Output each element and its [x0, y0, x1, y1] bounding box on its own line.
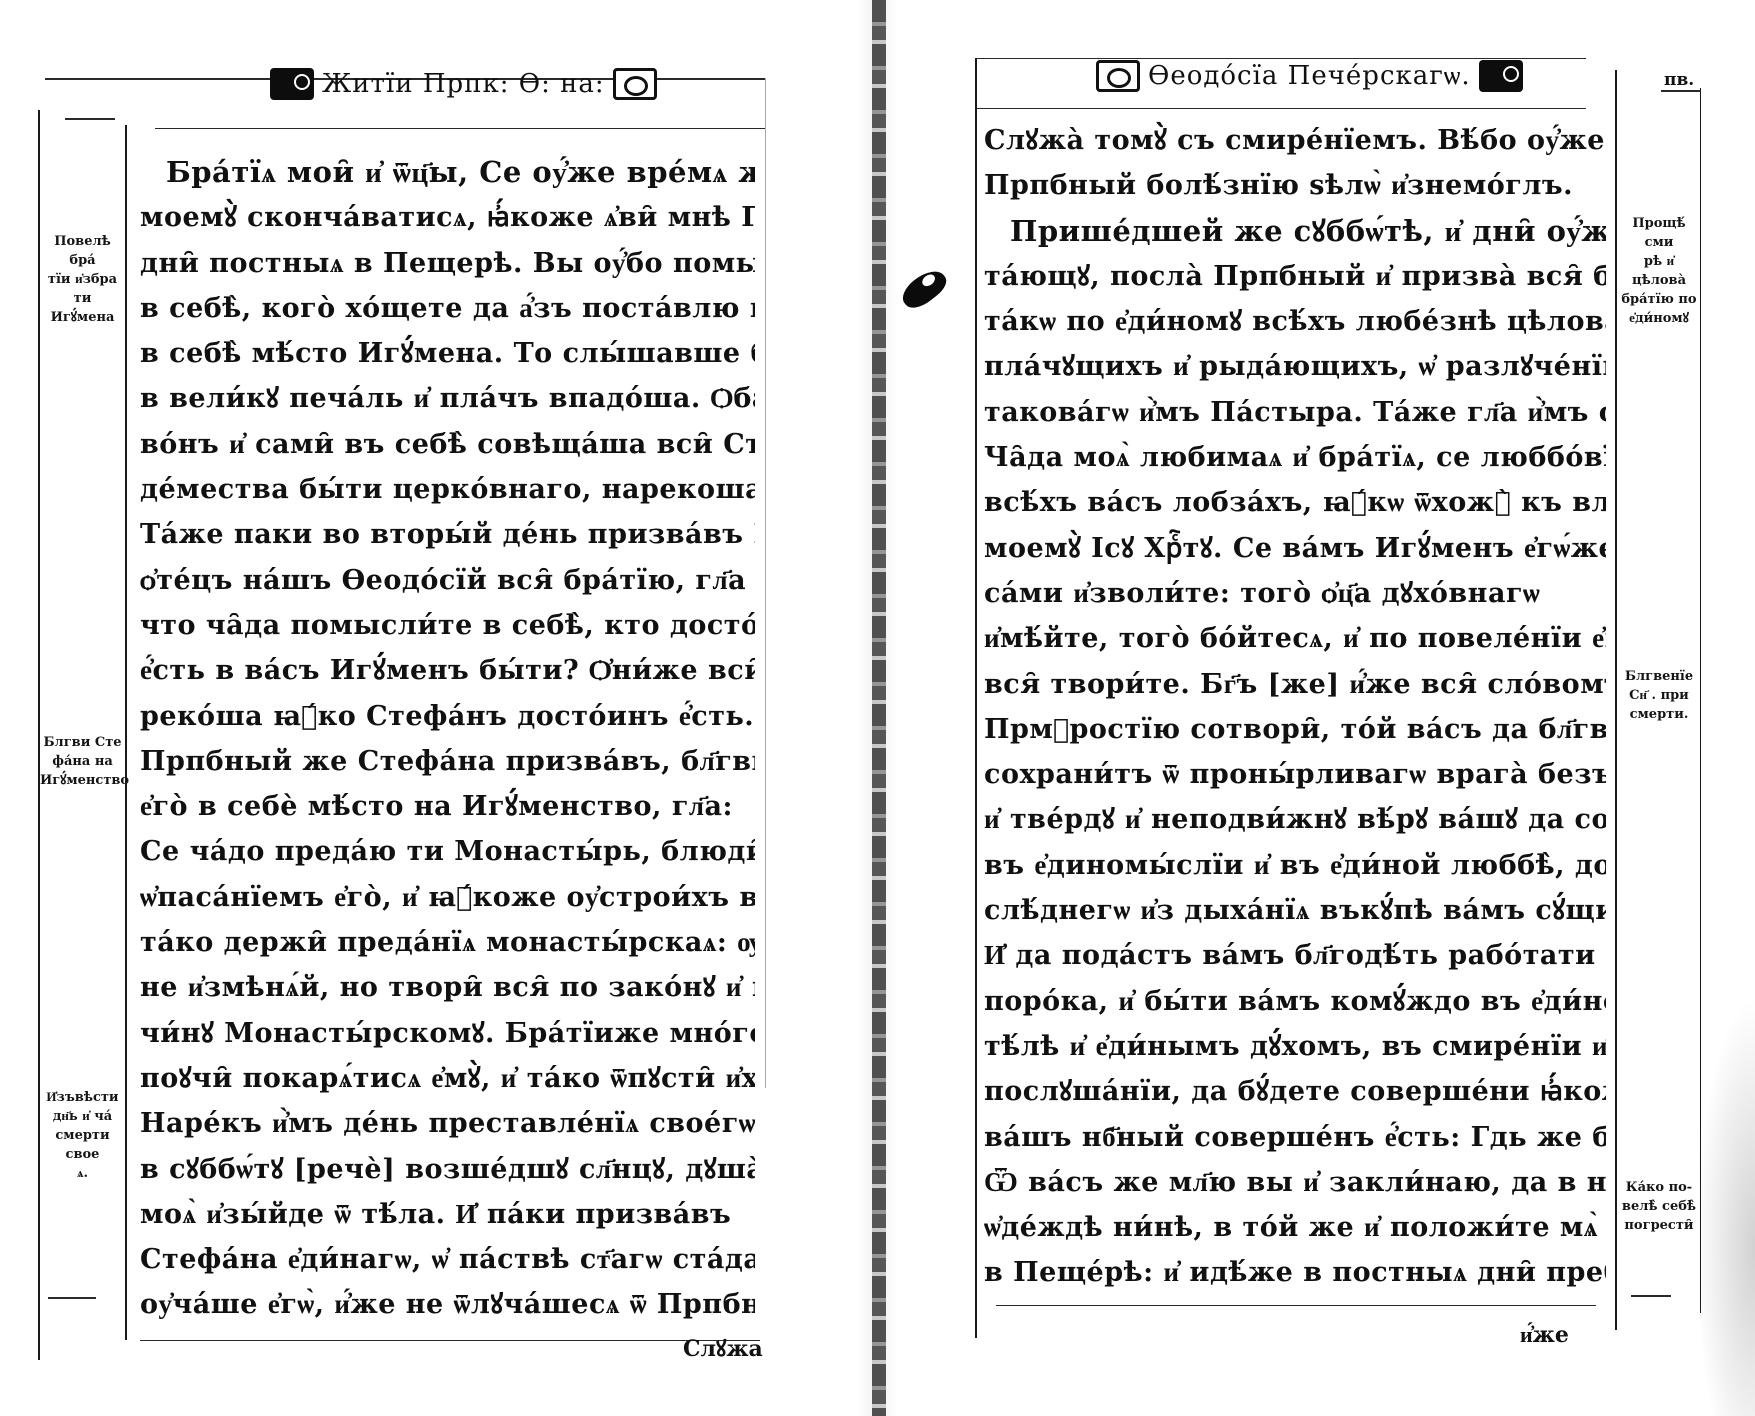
text-line: моемꙋ̀ сконча́ватисѧ, ꙗ҆́коже ѧ҆ви̑ мнѣ … — [140, 195, 755, 240]
text-line: Стефа́на е҆ди́нагѡ, ѡ҆ па́ствѣ ст҃агѡ ст… — [140, 1237, 755, 1282]
text-line: Наре́къ и҆̀мъ де́нь преставле́нїѧ свое́г… — [140, 1101, 755, 1146]
ornament-headpiece-icon — [270, 68, 314, 100]
right-margin-bottom-dash — [1631, 1295, 1671, 1297]
right-inner-border — [975, 58, 977, 1338]
running-header: Житїи Прпк: Ѳ: на: — [270, 68, 657, 100]
left-margin-bottom-dash — [48, 1297, 96, 1299]
right-header-underline — [976, 108, 1586, 109]
text-line: Прмⷣростїю сотвори̑, то́й ва́съ да бл҃гв… — [984, 707, 1606, 752]
running-header-title: Ѳеодо́сїа Пече́рскагѡ. — [1148, 61, 1471, 91]
ornament-tailpiece-icon — [1479, 60, 1523, 92]
text-line: такова́гѡ и҆̀мъ Па́стыра. Та́же гл҃а и҆̀… — [984, 390, 1606, 435]
text-line: Прпбный болѣ́знїю ѕѣлѡ̀ и҆знемо́глъ. — [984, 163, 1606, 208]
text-line: слѣ́днегѡ и҆з дыха́нїѧ въкꙋ́пѣ ва́мъ сꙋ́… — [984, 888, 1606, 933]
text-line: не и҆змѣнѧ́й, но твори̑ вся̑ по зако́нꙋ … — [140, 965, 755, 1010]
text-line: тѣ́лѣ и҆ е҆ди́нымъ дꙋ́хомъ, въ смире́нїи… — [984, 1024, 1606, 1069]
text-line: та́ющꙋ, посла̀ Прпбный и҆ призва̀ вся̑ б… — [984, 254, 1606, 299]
text-line: Ча̑да моѧ̀ любимаѧ и҆ бра́тїѧ, се люббо́… — [984, 435, 1606, 480]
margin-note: Повелѣ бра́ тїи и҆збра ти Игꙋ́мена — [40, 232, 125, 327]
text-line: поро́ка, и҆ бы́ти ва́мъ комꙋ́ждо въ е҆ди… — [984, 979, 1606, 1024]
running-header-title: Житїи Прпк: Ѳ: на: — [322, 69, 605, 99]
scan-edge-shadow — [1695, 996, 1755, 1416]
folio-number: пв. — [1664, 70, 1694, 90]
text-line: са́ми и҆зволи́те: того̀ ѻ҆ц҃а дꙋхо́внагѡ — [984, 571, 1606, 616]
text-line: в себѣ̀, кого̀ хо́щете да а҆́зъ поста́вл… — [140, 286, 755, 331]
text-line: что ча̑да помысли́те в себѣ̀, кто досто́… — [140, 603, 755, 648]
text-line: Та́же паки во вторы́й де́нь призва́въ Пр… — [140, 512, 755, 557]
margin-note: Блгви Сте фа́на на Игꙋ́менство — [40, 733, 125, 790]
text-line: та́ко держи̑ преда́нїѧ монасты́рскаѧ: ѹ҆… — [140, 920, 755, 965]
text-line: Прпбный же Стефа́на призва́въ, бл҃гви — [140, 739, 755, 784]
text-line: та́кѡ по е҆ди́номꙋ всѣ́хъ любе́знѣ цѣлов… — [984, 299, 1606, 344]
text-line: в вели́кꙋ печа́ль и҆ пла́чъ впадо́ша. Ѻб… — [140, 376, 755, 421]
text-line: ѡ҆паса́нїемъ е҆го̀, и҆ ꙗ҆́коже оу҆строи́… — [140, 875, 755, 920]
text-line: в Пеще́рѣ: и҆ идѣ́же в постныѧ дни̑ преб… — [984, 1250, 1606, 1295]
text-line: Слꙋжа̀ томꙋ̀ съ смире́нїемъ. Вѣ́бо оу҆́ж… — [984, 118, 1606, 163]
catchword: Слꙋжа — [683, 1333, 763, 1363]
text-line: моѧ̀ и҆зы́йде ѿ тѣ́ла. И҆ па́ки призва́в… — [140, 1192, 755, 1237]
text-line: вся̑ твори́те. Бг҃ъ [же] и҆́же вся̑ сло́… — [984, 662, 1606, 707]
catchword: и҆́же — [1520, 1322, 1569, 1348]
text-line: в себѣ̀ мѣ́сто Игꙋ́мена. То слы́шавше бр… — [140, 331, 755, 376]
text-line: И҆ да пода́стъ ва́мъ бл҃годѣ́ть рабо́тат… — [984, 933, 1606, 978]
text-line: реко́ша ꙗ҆́ко Стефа́нъ досто́инъ е҆́сть. — [140, 694, 755, 739]
right-top-rule — [976, 58, 1586, 59]
text-line: Бра́тїѧ мои̑ и҆ ѿц҃ы, Се оу҆́же вре́мѧ ж… — [140, 150, 755, 195]
text-line: в сꙋббѡ́тꙋ [речѐ] возше́дшꙋ сл҃нцꙋ, дꙋша… — [140, 1147, 755, 1192]
text-line: де́мества бы́ти церко́внаго, нарекоша се… — [140, 467, 755, 512]
text-line: е҆го̀ в себѐ мѣ́сто на Игꙋ́менство, гл҃а… — [140, 784, 755, 829]
left-inner-border — [765, 78, 766, 1088]
right-page: Ѳеодо́сїа Пече́рскагѡ. пв. Слꙋжа̀ томꙋ̀ … — [886, 0, 1755, 1416]
right-text-block: Слꙋжа̀ томꙋ̀ съ смире́нїемъ. Вѣ́бо оу҆́ж… — [984, 118, 1606, 1296]
text-line: пла́чꙋщихъ и҆ рыда́ющихъ, ѡ҆ разлꙋче́нїи — [984, 344, 1606, 389]
margin-note: И҆зъвѣсти дн҃ь и҆ ча́ смерти свое ѧ. — [40, 1088, 125, 1183]
right-bottom-rule — [996, 1305, 1596, 1306]
left-header-underline — [155, 128, 765, 129]
left-page: Житїи Прпк: Ѳ: на: Бра́тїѧ мои̑ и҆ ѿц҃ы,… — [0, 0, 872, 1416]
margin-note: Прощѣ́ сми рѣ и҆ цѣлова̀ бра́тїю по е҆ди… — [1617, 214, 1701, 328]
margin-note: Блгвенїе Сн҃ . при смерти. — [1617, 667, 1701, 724]
left-bottom-rule — [140, 1340, 760, 1341]
left-text-block: Бра́тїѧ мои̑ и҆ ѿц҃ы, Се оу҆́же вре́мѧ ж… — [140, 150, 755, 1328]
text-line: и҆ тве́рдꙋ и҆ неподви́жнꙋ вѣ́рꙋ ва́шꙋ да… — [984, 797, 1606, 842]
running-header: Ѳеодо́сїа Пече́рскагѡ. — [1096, 60, 1523, 92]
text-line: оу҆ча́ше е҆гѡ̀, и҆́же не ѿлꙋча́шесѧ ѿ Пр… — [140, 1282, 755, 1327]
text-line: ѻ҆те́цъ на́шъ Ѳеодо́сїй вся̑ бра́тїю, гл… — [140, 558, 755, 603]
text-line: чи́нꙋ Монасты́рскомꙋ. Бра́тїиже мно́го — [140, 1011, 755, 1056]
text-line: моемꙋ̀ Ісꙋ Хрⷭ҇тꙋ. Се ва́мъ Игꙋ́менъ е҆г… — [984, 526, 1606, 571]
text-line: ва́шъ нб҃ный соверше́нъ е҆́сть: Гдь же б… — [984, 1115, 1606, 1160]
text-line: Прише́дшей же сꙋббѡ́тѣ, и҆ дни̑ оу҆́же с… — [984, 209, 1606, 254]
text-line: Се ча́до преда́ю ти Монасты́рь, блюди̑ с… — [140, 829, 755, 874]
text-line: въ е҆диномы́слїи и҆ въ е҆ди́ной люббѣ̀, … — [984, 843, 1606, 888]
right-folio-underline — [1661, 90, 1701, 92]
book-gutter — [872, 0, 886, 1416]
text-line: послꙋша́нїи, да бꙋ́дете соверше́ни ꙗ҆́ко… — [984, 1069, 1606, 1114]
text-line: и҆мѣ́йте, того̀ бо́йтесѧ, и҆ по повеле́н… — [984, 616, 1606, 661]
text-line: сохрани́тъ ѿ проны́рливагѡ врага̀ безъ б… — [984, 752, 1606, 797]
text-line: Ѿ ва́съ же мл҃ю вы и҆ закли́наю, да в не… — [984, 1160, 1606, 1205]
text-line: дни̑ постныѧ в Пещерѣ. Вы оу҆́бо помысли… — [140, 241, 755, 286]
text-line: всѣ́хъ ва́съ лобза́хъ, ꙗ҆́кѡ ѿхожꙋ̀ къ в… — [984, 480, 1606, 525]
text-line: во́нъ и҆ сами̑ въ себѣ̀ совѣща́ша вси̑ С… — [140, 422, 755, 467]
left-margin-dash — [65, 118, 115, 120]
text-line: ѡ҆де́ждѣ ни́нѣ, в то́й же и҆ положи́те м… — [984, 1205, 1606, 1250]
margin-note: Ка́ко по- велѣ̀ себѣ̀ погрести̑ — [1617, 1178, 1701, 1235]
text-line: е҆́сть в ва́съ Игꙋ́менъ бы́ти? Ѻ҆ни́же в… — [140, 648, 755, 693]
ornament-headpiece-icon — [1096, 60, 1140, 92]
left-column-border — [125, 125, 127, 1340]
text-line: поꙋчи̑ покарѧ́тисѧ е҆мꙋ̀, и҆ та́ко ѿпꙋст… — [140, 1056, 755, 1101]
ornament-tailpiece-icon — [613, 68, 657, 100]
